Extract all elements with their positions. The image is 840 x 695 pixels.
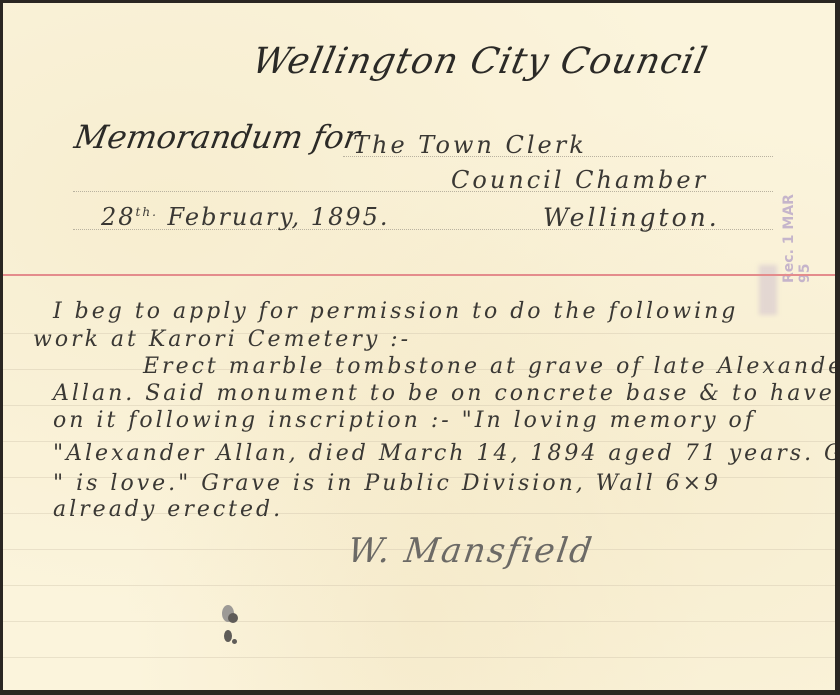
ink-blot	[224, 630, 232, 642]
received-stamp: Rec. 1 MAR 95	[781, 183, 803, 283]
signature: W. Mansfield	[345, 531, 596, 571]
ink-blot	[232, 639, 237, 644]
body-line-4: Allan. Said monument to be on concrete b…	[53, 381, 835, 406]
recipient-line-1: The Town Clerk	[353, 131, 587, 159]
red-margin-rule	[3, 274, 835, 276]
body-line-3: Erect marble tombstone at grave of late …	[143, 354, 835, 379]
stamp-smudge	[759, 265, 777, 315]
letterhead-title: Wellington City Council	[249, 41, 712, 82]
memorandum-page: Wellington City Council Memorandum for T…	[3, 3, 835, 690]
recipient-line-3: Wellington.	[543, 203, 720, 232]
ink-blot	[228, 613, 238, 623]
recipient-line-2: Council Chamber	[451, 166, 708, 194]
body-line-1: I beg to apply for permission to do the …	[53, 299, 738, 324]
date-day-suffix: th.	[136, 205, 158, 219]
memo-label: Memorandum for	[72, 118, 363, 156]
memo-date: 28th. February, 1895.	[101, 203, 390, 231]
ruled-line	[3, 621, 835, 622]
ruled-line	[3, 657, 835, 658]
body-line-6: "Alexander Allan, died March 14, 1894 ag…	[53, 441, 835, 466]
date-day: 28	[101, 203, 136, 231]
date-rest: February, 1895.	[158, 203, 390, 231]
ruled-line	[3, 585, 835, 586]
body-line-7: " is love." Grave is in Public Division,…	[53, 471, 721, 496]
body-line-5: on it following inscription :- "In lovin…	[53, 408, 756, 433]
body-line-2: work at Karori Cemetery :-	[33, 327, 411, 352]
body-line-8: already erected.	[53, 497, 283, 522]
